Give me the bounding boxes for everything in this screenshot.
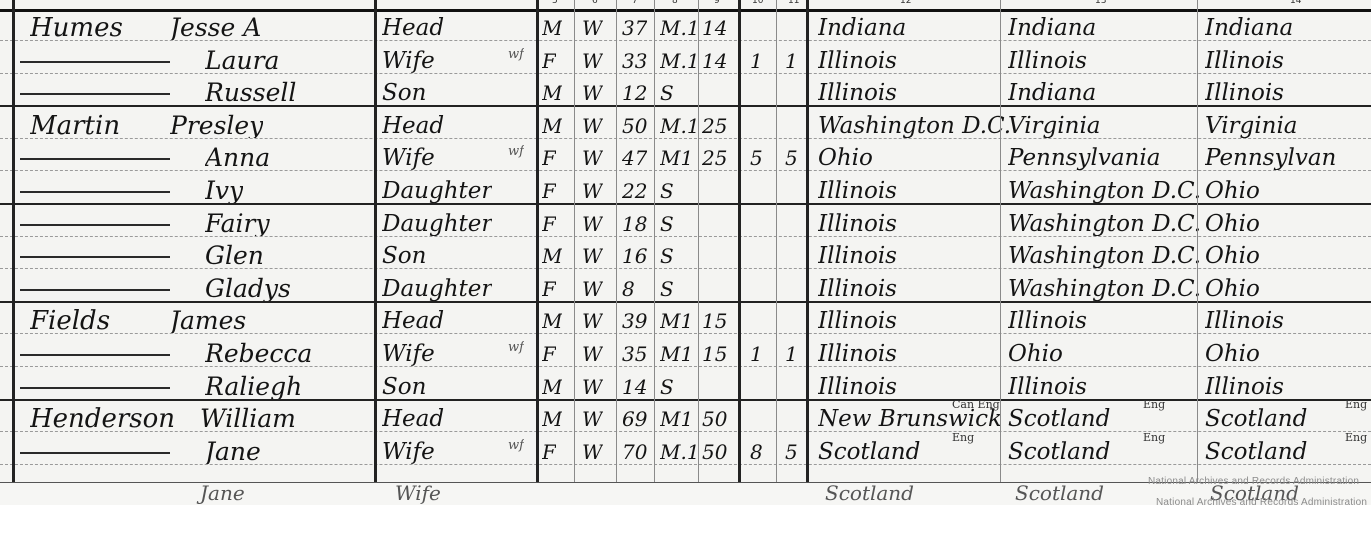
relation: Daughter: [382, 274, 492, 301]
given-name: Laura: [205, 46, 279, 73]
marital: M1: [660, 339, 693, 366]
age: 47: [622, 143, 647, 170]
column-number: 6: [592, 0, 598, 6]
birthplace: Illinois: [818, 209, 897, 236]
children-born: 5: [750, 143, 763, 170]
mother-birthplace: Indiana: [1205, 13, 1293, 40]
surname: Henderson: [30, 404, 175, 431]
wf-mark: wf: [508, 333, 524, 360]
sex: F: [542, 209, 556, 236]
table-row: IvyDaughterFW22SIllinoisWashington D.C.O…: [0, 176, 1371, 205]
marital: M1: [660, 143, 693, 170]
birthplace: Illinois: [818, 274, 897, 301]
father-birthplace: Illinois: [1008, 46, 1087, 73]
marital: M.1: [660, 13, 700, 40]
father-birthplace: Washington D.C.: [1008, 274, 1201, 301]
relation: Head: [382, 13, 444, 40]
column-rule: [806, 0, 809, 482]
race: W: [582, 176, 603, 203]
ditto-dash: [20, 93, 170, 95]
given-name: Russell: [205, 78, 296, 105]
table-row: RebeccaWifewfFW35M11511IllinoisOhioOhio: [0, 339, 1371, 367]
overlap-given-name: Jane: [200, 482, 245, 505]
marital: M.1: [660, 46, 700, 73]
ditto-dash: [20, 61, 170, 63]
table-row: HendersonWilliamHeadMW69M150New Brunswic…: [0, 404, 1371, 432]
wf-mark: wf: [508, 431, 524, 458]
years-married: 50: [702, 437, 727, 464]
birthplace: Illinois: [818, 372, 897, 399]
given-name: Gladys: [205, 274, 291, 301]
mother-birthplace: Illinois: [1205, 306, 1284, 333]
column-number: 9: [714, 0, 720, 6]
years-married: 14: [702, 13, 727, 40]
table-row: FieldsJamesHeadMW39M115IllinoisIllinoisI…: [0, 306, 1371, 334]
birthplace: Ohio: [818, 143, 873, 170]
wf-mark: wf: [508, 40, 524, 67]
race: W: [582, 13, 603, 40]
surname: Humes: [30, 13, 123, 40]
given-name: James: [170, 306, 246, 333]
surname: Martin: [30, 111, 120, 138]
age: 16: [622, 241, 647, 268]
birthplace: Washington D.C.: [818, 111, 1011, 138]
overlap-birthplace: Scotland: [825, 482, 914, 505]
mother-birthplace: Pennsylvan: [1205, 143, 1336, 170]
marital: S: [660, 241, 674, 268]
years-married: 50: [702, 404, 727, 431]
race: W: [582, 46, 603, 73]
birthplace: Scotland: [818, 437, 920, 464]
marital: S: [660, 176, 674, 203]
mother-birthplace: Ohio: [1205, 339, 1260, 366]
years-married: 25: [702, 111, 727, 138]
birthplace: Illinois: [818, 306, 897, 333]
column-rule: [698, 0, 699, 482]
given-name: Anna: [205, 143, 270, 170]
overlap-father-birthplace: Scotland: [1015, 482, 1104, 505]
mother-birthplace-note: Eng: [1345, 431, 1367, 444]
column-rule: [536, 0, 539, 482]
column-number: 5: [552, 0, 558, 6]
birthplace-note: Can Eng: [952, 398, 1000, 411]
column-number: 13: [1095, 0, 1106, 6]
race: W: [582, 111, 603, 138]
birthplace: Indiana: [818, 13, 906, 40]
ditto-dash: [20, 256, 170, 258]
given-name: Jesse A: [170, 13, 261, 40]
relation: Wife: [382, 339, 435, 366]
column-number: 10: [752, 0, 763, 6]
relation: Daughter: [382, 209, 492, 236]
age: 37: [622, 13, 647, 40]
column-rule: [654, 0, 655, 482]
column-number: 11: [788, 0, 799, 6]
table-row: MartinPresleyHeadMW50M.125Washington D.C…: [0, 111, 1371, 139]
relation: Head: [382, 306, 444, 333]
father-birthplace: Ohio: [1008, 339, 1063, 366]
table-row: RussellSonMW12SIllinoisIndianaIllinois: [0, 78, 1371, 107]
race: W: [582, 209, 603, 236]
age: 8: [622, 274, 635, 301]
birthplace: Illinois: [818, 241, 897, 268]
sex: M: [542, 13, 562, 40]
ditto-dash: [20, 224, 170, 226]
mother-birthplace: Ohio: [1205, 176, 1260, 203]
mother-birthplace: Scotland: [1205, 437, 1307, 464]
column-rule: [574, 0, 575, 482]
age: 14: [622, 372, 647, 399]
ditto-dash: [20, 289, 170, 291]
father-birthplace: Illinois: [1008, 372, 1087, 399]
sex: F: [542, 339, 556, 366]
relation: Son: [382, 78, 426, 105]
given-name: Presley: [170, 111, 263, 138]
mother-birthplace: Illinois: [1205, 78, 1284, 105]
column-rule: [1000, 0, 1001, 482]
relation: Wife: [382, 46, 435, 73]
table-row: RalieghSonMW14SIllinoisIllinoisIllinois: [0, 372, 1371, 401]
marital: M.1: [660, 111, 700, 138]
father-birthplace: Indiana: [1008, 13, 1096, 40]
sex: F: [542, 46, 556, 73]
table-row: JaneWifewfFW70M.15085ScotlandScotlandSco…: [0, 437, 1371, 465]
race: W: [582, 143, 603, 170]
race: W: [582, 437, 603, 464]
children-living: 5: [785, 143, 798, 170]
mother-birthplace: Illinois: [1205, 372, 1284, 399]
race: W: [582, 274, 603, 301]
father-birthplace: Washington D.C.: [1008, 209, 1201, 236]
children-living: 1: [785, 339, 798, 366]
mother-birthplace: Illinois: [1205, 46, 1284, 73]
birthplace: Illinois: [818, 339, 897, 366]
table-row: GlenSonMW16SIllinoisWashington D.C.Ohio: [0, 241, 1371, 269]
given-name: Fairy: [205, 209, 270, 236]
column-header-strip: 567891011121314: [0, 0, 1371, 12]
relation: Son: [382, 372, 426, 399]
given-name: Ivy: [205, 176, 243, 203]
relation: Head: [382, 111, 444, 138]
age: 12: [622, 78, 647, 105]
overlap-relation: Wife: [395, 482, 441, 505]
mother-birthplace: Ohio: [1205, 241, 1260, 268]
children-born: 8: [750, 437, 763, 464]
watermark-text: National Archives and Records Administra…: [1148, 476, 1359, 487]
mother-birthplace: Virginia: [1205, 111, 1298, 138]
given-name: William: [200, 404, 296, 431]
wf-mark: wf: [508, 137, 524, 164]
sex: M: [542, 306, 562, 333]
age: 35: [622, 339, 647, 366]
table-row: HumesJesse AHeadMW37M.114IndianaIndianaI…: [0, 13, 1371, 41]
column-number: 12: [900, 0, 911, 6]
given-name: Jane: [205, 437, 261, 464]
father-birthplace: Illinois: [1008, 306, 1087, 333]
years-married: 15: [702, 306, 727, 333]
relation: Daughter: [382, 176, 492, 203]
birthplace: Illinois: [818, 176, 897, 203]
column-number: 7: [632, 0, 638, 6]
marital: S: [660, 372, 674, 399]
sex: F: [542, 143, 556, 170]
sex: F: [542, 437, 556, 464]
given-name: Glen: [205, 241, 264, 268]
marital: S: [660, 209, 674, 236]
ditto-dash: [20, 387, 170, 389]
mother-birthplace: Scotland: [1205, 404, 1307, 431]
column-rule: [12, 0, 15, 482]
given-name: Raliegh: [205, 372, 302, 399]
years-married: 25: [702, 143, 727, 170]
column-number: 8: [672, 0, 678, 6]
father-birthplace: Scotland: [1008, 437, 1110, 464]
column-rule: [1197, 0, 1198, 482]
relation: Son: [382, 241, 426, 268]
children-living: 5: [785, 437, 798, 464]
years-married: 15: [702, 339, 727, 366]
race: W: [582, 78, 603, 105]
age: 70: [622, 437, 647, 464]
column-rule: [616, 0, 617, 482]
ditto-dash: [20, 191, 170, 193]
race: W: [582, 241, 603, 268]
father-birthplace-note: Eng: [1143, 431, 1165, 444]
marital: M1: [660, 404, 693, 431]
sex: M: [542, 372, 562, 399]
sex: F: [542, 176, 556, 203]
surname: Fields: [30, 306, 110, 333]
race: W: [582, 372, 603, 399]
birthplace: Illinois: [818, 78, 897, 105]
column-rule: [776, 0, 777, 482]
sex: M: [542, 404, 562, 431]
age: 22: [622, 176, 647, 203]
mother-birthplace: Ohio: [1205, 274, 1260, 301]
given-name: Rebecca: [205, 339, 312, 366]
table-row: GladysDaughterFW8SIllinoisWashington D.C…: [0, 274, 1371, 303]
sex: M: [542, 78, 562, 105]
father-birthplace: Virginia: [1008, 111, 1101, 138]
sex: M: [542, 241, 562, 268]
table-row: FairyDaughterFW18SIllinoisWashington D.C…: [0, 209, 1371, 237]
marital: M.1: [660, 437, 700, 464]
race: W: [582, 339, 603, 366]
table-row: AnnaWifewfFW47M12555OhioPennsylvaniaPenn…: [0, 143, 1371, 171]
age: 50: [622, 111, 647, 138]
father-birthplace-note: Eng: [1143, 398, 1165, 411]
column-rule: [374, 0, 377, 482]
mother-birthplace-note: Eng: [1345, 398, 1367, 411]
children-living: 1: [785, 46, 798, 73]
sex: F: [542, 274, 556, 301]
ditto-dash: [20, 452, 170, 454]
marital: S: [660, 274, 674, 301]
birthplace-note: Eng: [952, 431, 974, 444]
children-born: 1: [750, 46, 763, 73]
father-birthplace: Scotland: [1008, 404, 1110, 431]
race: W: [582, 306, 603, 333]
birthplace: Illinois: [818, 46, 897, 73]
age: 39: [622, 306, 647, 333]
children-born: 1: [750, 339, 763, 366]
relation: Head: [382, 404, 444, 431]
table-row: LauraWifewfFW33M.11411IllinoisIllinoisIl…: [0, 46, 1371, 74]
years-married: 14: [702, 46, 727, 73]
census-sheet: 567891011121314 HumesJesse AHeadMW37M.11…: [0, 0, 1371, 482]
column-rule: [738, 0, 741, 482]
marital: M1: [660, 306, 693, 333]
father-birthplace: Pennsylvania: [1008, 143, 1160, 170]
relation: Wife: [382, 143, 435, 170]
age: 18: [622, 209, 647, 236]
ditto-dash: [20, 354, 170, 356]
sex: M: [542, 111, 562, 138]
ditto-dash: [20, 158, 170, 160]
mother-birthplace: Ohio: [1205, 209, 1260, 236]
column-number: 14: [1290, 0, 1301, 6]
age: 33: [622, 46, 647, 73]
watermark-text-secondary: National Archives and Records Administra…: [1156, 497, 1367, 508]
relation: Wife: [382, 437, 435, 464]
father-birthplace: Indiana: [1008, 78, 1096, 105]
age: 69: [622, 404, 647, 431]
marital: S: [660, 78, 674, 105]
father-birthplace: Washington D.C.: [1008, 241, 1201, 268]
race: W: [582, 404, 603, 431]
father-birthplace: Washington D.C.: [1008, 176, 1201, 203]
